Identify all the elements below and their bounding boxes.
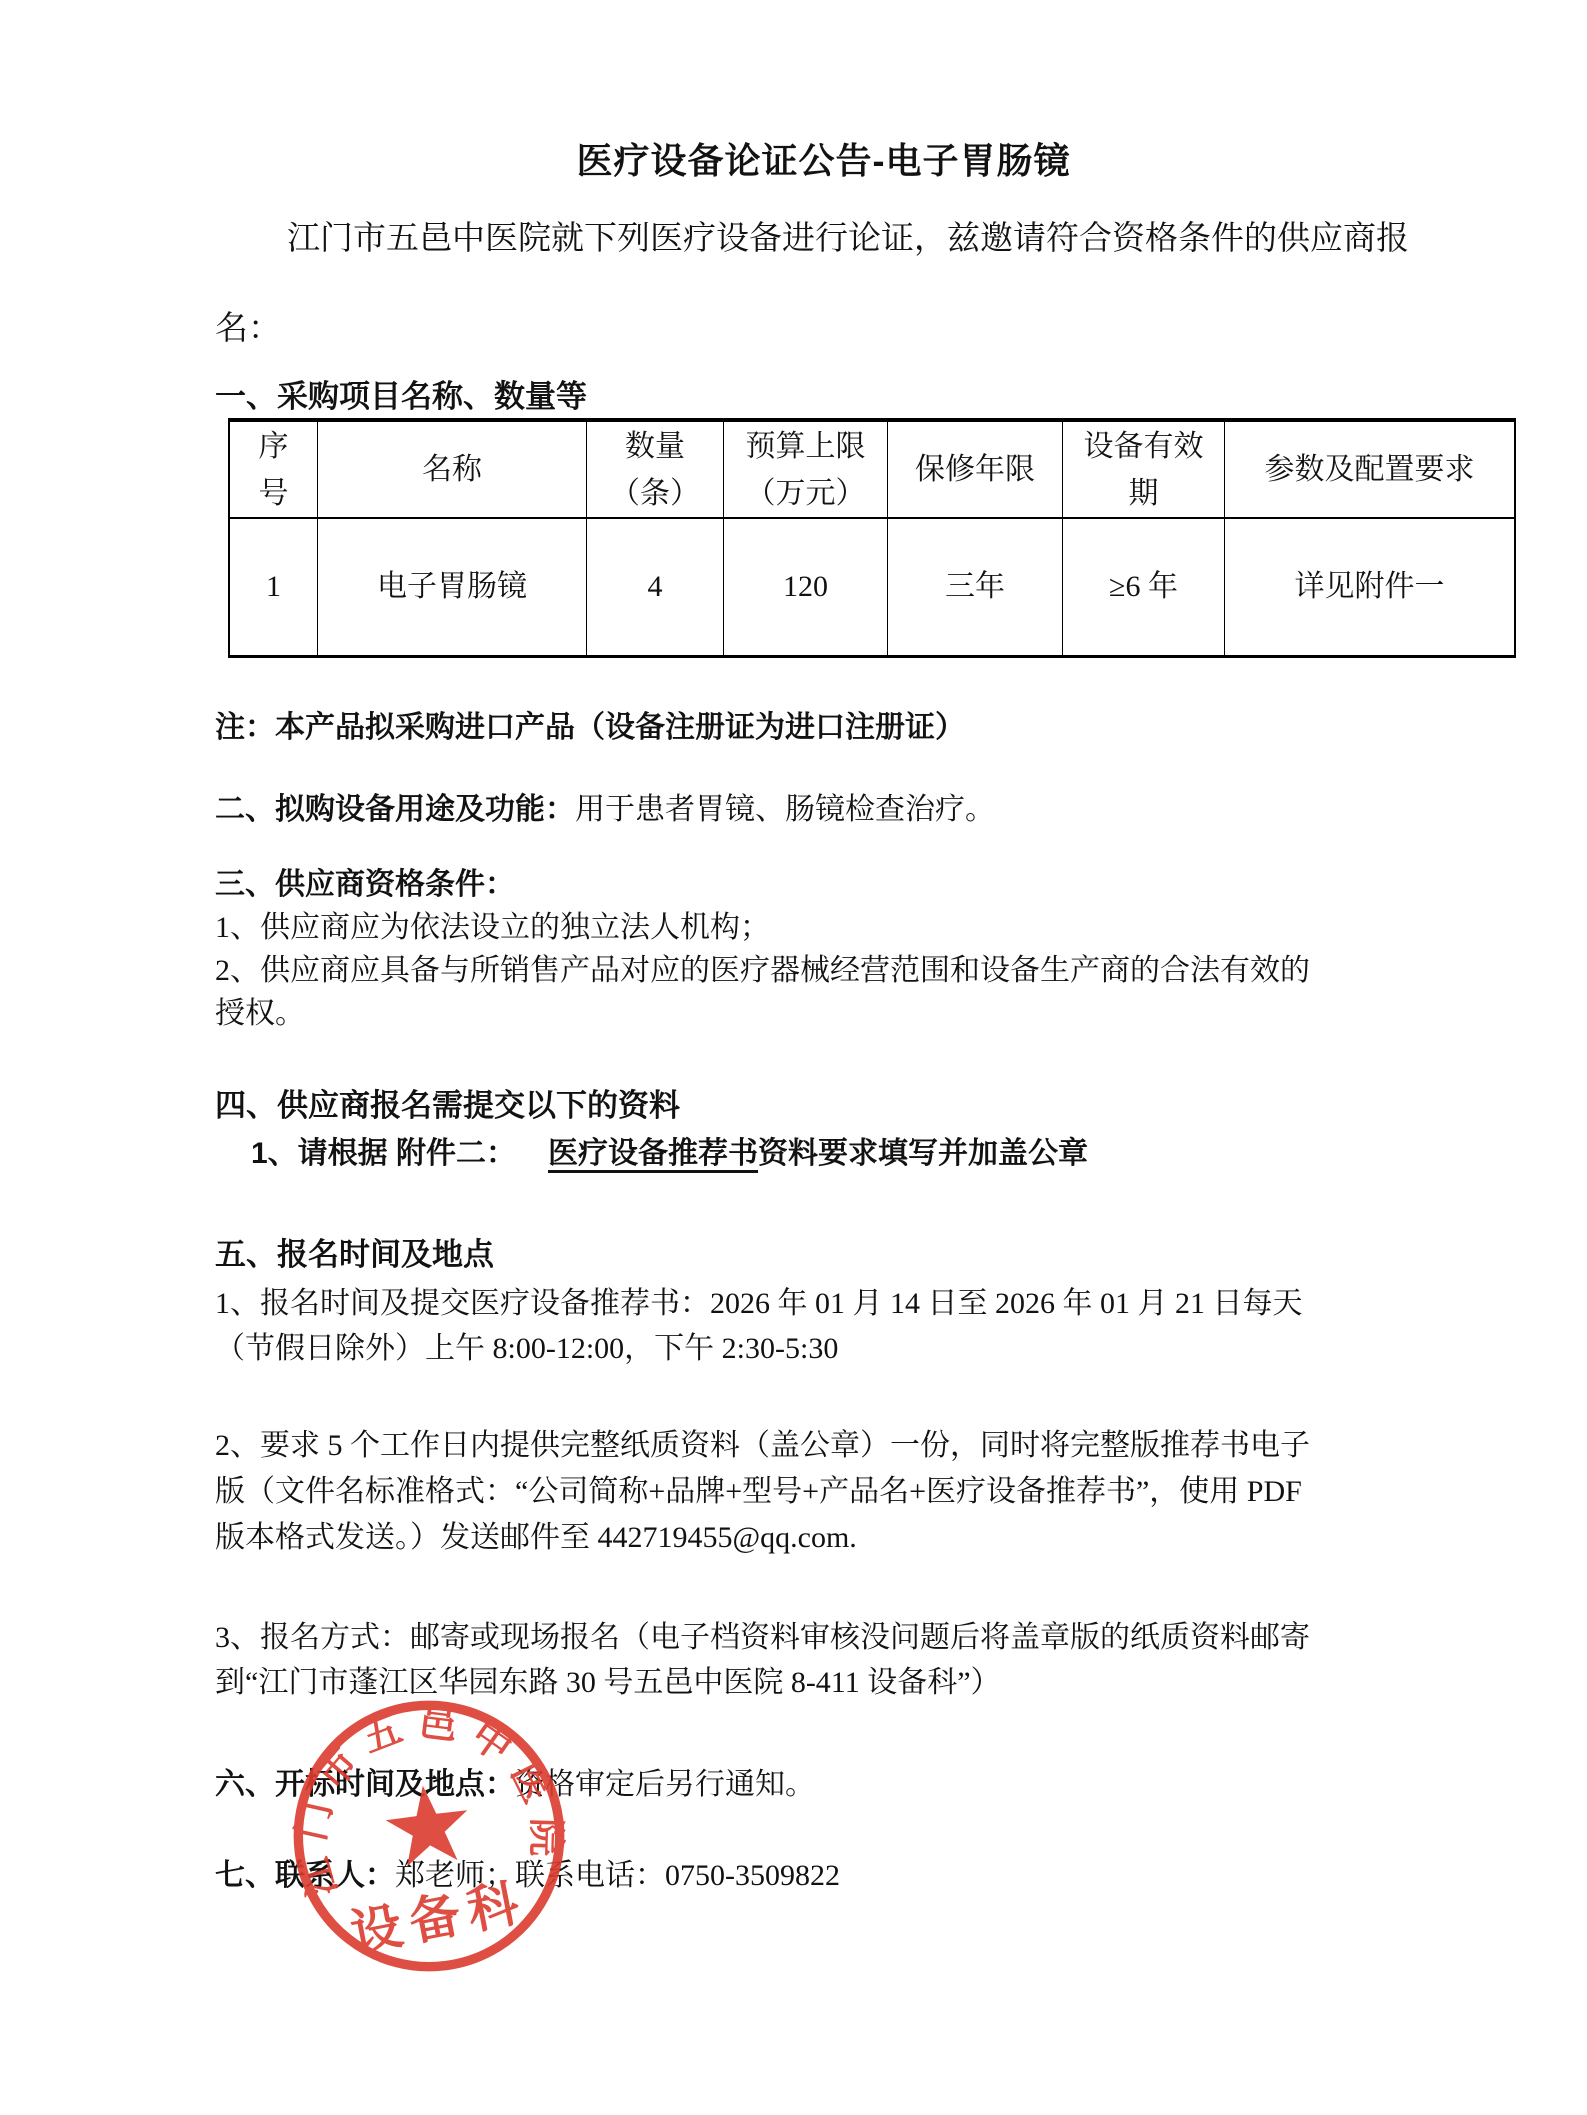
cell-seq: 1: [229, 518, 318, 656]
section5-item-3-line1: 3、报名方式：邮寄或现场报名（电子档资料审核没问题后将盖章版的纸质资料邮寄: [215, 1615, 1432, 1660]
col-header-warranty-line1: 保修年限: [892, 446, 1058, 493]
col-header-seq-line2: 号: [234, 470, 313, 517]
col-header-warranty: 保修年限: [888, 420, 1063, 518]
section5-item-2-line1: 2、要求 5 个工作日内提供完整纸质资料（盖公章）一份，同时将完整版推荐书电子: [215, 1423, 1432, 1469]
section5-item-3-line2: 到“江门市蓬江区华园东路 30 号五邑中医院 8-411 设备科”）: [215, 1660, 1432, 1705]
table-header-row: 序 号 名称 数量 （条） 预算上限 （万元） 保修年限: [229, 420, 1515, 518]
section4-item: 1、请根据 附件二：医疗设备推荐书资料要求填写并加盖公章: [215, 1132, 1432, 1176]
section3-item-2: 2、供应商应具备与所销售产品对应的医疗器械经营范围和设备生产商的合法有效的: [215, 949, 1432, 992]
col-header-seq-line1: 序: [234, 423, 313, 470]
section5: 五、报名时间及地点 1、报名时间及提交医疗设备推荐书：2026 年 01 月 1…: [215, 1234, 1432, 1705]
table-row: 1 电子胃肠镜 4 120 三年 ≥6 年 详见附件一: [229, 518, 1515, 656]
col-header-seq: 序 号: [229, 420, 318, 518]
col-header-specs: 参数及配置要求: [1225, 420, 1516, 518]
section2-line: 二、拟购设备用途及功能：用于患者胃镜、肠镜检查治疗。: [215, 788, 1432, 832]
section5-item-2-line3: 版本格式发送。）发送邮件至 442719455@qq.com.: [215, 1515, 1432, 1561]
section6-line: 六、开标时间及地点：资格审定后另行通知。: [215, 1763, 1432, 1807]
section2-text: 用于患者胃镜、肠镜检查治疗。: [575, 793, 995, 826]
col-header-budget-line1: 预算上限: [728, 423, 883, 470]
section3-item-1: 1、供应商应为依法设立的独立法人机构；: [215, 906, 1432, 949]
cell-qty: 4: [587, 518, 724, 656]
section3-item-2-cont: 授权。: [215, 992, 1432, 1035]
section7-label: 七、联系人：: [215, 1859, 395, 1892]
section5-item-2-line2: 版（文件名标准格式：“公司简称+品牌+型号+产品名+医疗设备推荐书”，使用 PD…: [215, 1469, 1432, 1515]
col-header-qty: 数量 （条）: [587, 420, 724, 518]
document-page: 医疗设备论证公告-电子胃肠镜 江门市五邑中医院就下列医疗设备进行论证，兹邀请符合…: [0, 0, 1587, 2115]
section5-item-2: 2、要求 5 个工作日内提供完整纸质资料（盖公章）一份，同时将完整版推荐书电子 …: [215, 1423, 1432, 1561]
section7-line: 七、联系人：郑老师；联系电话：0750-3509822: [215, 1854, 1432, 1898]
import-note: 注：本产品拟采购进口产品（设备注册证为进口注册证）: [215, 706, 1432, 750]
col-header-specs-line1: 参数及配置要求: [1229, 446, 1510, 493]
intro-line-1: 江门市五邑中医院就下列医疗设备进行论证，兹邀请符合资格条件的供应商报: [215, 194, 1432, 284]
col-header-name: 名称: [318, 420, 587, 518]
section4-item-suffix: 资料要求填写并加盖公章: [758, 1137, 1088, 1170]
document-content: 医疗设备论证公告-电子胃肠镜 江门市五邑中医院就下列医疗设备进行论证，兹邀请符合…: [0, 0, 1587, 1898]
procurement-table: 序 号 名称 数量 （条） 预算上限 （万元） 保修年限: [228, 418, 1516, 658]
page-title: 医疗设备论证公告-电子胃肠镜: [215, 138, 1432, 184]
cell-name: 电子胃肠镜: [318, 518, 587, 656]
section5-item-3: 3、报名方式：邮寄或现场报名（电子档资料审核没问题后将盖章版的纸质资料邮寄 到“…: [215, 1615, 1432, 1705]
section5-item-1-line2: （节假日除外）上午 8:00-12:00，下午 2:30-5:30: [215, 1326, 1432, 1371]
attachment2-link[interactable]: 医疗设备推荐书: [548, 1137, 758, 1170]
section7-text: 郑老师；联系电话：0750-3509822: [395, 1859, 840, 1892]
col-header-validity-line1: 设备有效: [1067, 423, 1220, 470]
col-header-budget-line2: （万元）: [728, 470, 883, 517]
intro-paragraph: 江门市五邑中医院就下列医疗设备进行论证，兹邀请符合资格条件的供应商报 名：: [215, 194, 1432, 374]
section3-heading: 三、供应商资格条件：: [215, 864, 1432, 906]
table-header: 序 号 名称 数量 （条） 预算上限 （万元） 保修年限: [229, 420, 1515, 518]
cell-validity: ≥6 年: [1063, 518, 1225, 656]
section5-item-1-line1: 1、报名时间及提交医疗设备推荐书：2026 年 01 月 14 日至 2026 …: [215, 1281, 1432, 1326]
section4-heading: 四、供应商报名需提交以下的资料: [215, 1085, 1432, 1127]
section4-item-prefix: 1、请根据 附件二：: [251, 1137, 516, 1170]
section2-label: 二、拟购设备用途及功能：: [215, 793, 575, 826]
cell-warranty: 三年: [888, 518, 1063, 656]
cell-budget: 120: [724, 518, 888, 656]
section4: 四、供应商报名需提交以下的资料 1、请根据 附件二：医疗设备推荐书资料要求填写并…: [215, 1085, 1432, 1176]
col-header-validity-line2: 期: [1067, 470, 1220, 517]
col-header-validity: 设备有效 期: [1063, 420, 1225, 518]
section5-heading: 五、报名时间及地点: [215, 1234, 1432, 1276]
section1-heading: 一、采购项目名称、数量等: [215, 376, 1432, 418]
intro-line-2: 名：: [215, 284, 1432, 374]
col-header-name-line1: 名称: [322, 446, 582, 493]
section6-label: 六、开标时间及地点：: [215, 1768, 515, 1801]
section3: 三、供应商资格条件： 1、供应商应为依法设立的独立法人机构； 2、供应商应具备与…: [215, 864, 1432, 1035]
col-header-budget: 预算上限 （万元）: [724, 420, 888, 518]
cell-specs: 详见附件一: [1225, 518, 1516, 656]
col-header-qty-line2: （条）: [591, 470, 719, 517]
section6-text: 资格审定后另行通知。: [515, 1768, 815, 1801]
col-header-qty-line1: 数量: [591, 423, 719, 470]
section5-item-1: 1、报名时间及提交医疗设备推荐书：2026 年 01 月 14 日至 2026 …: [215, 1281, 1432, 1371]
